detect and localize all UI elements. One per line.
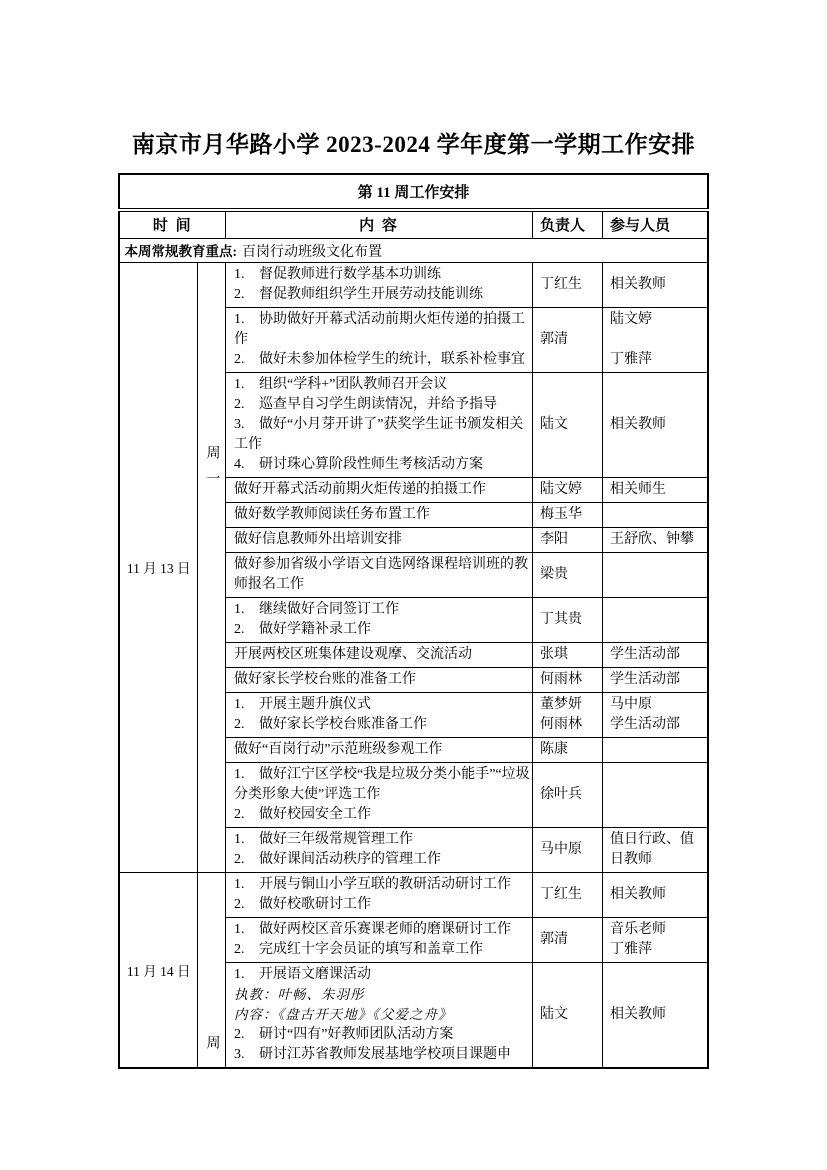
weekly-focus-row: 本周常规教育重点:百岗行动班级文化布置 bbox=[119, 238, 707, 262]
task-paragraph: 1.开展与铜山小学互联的教研活动研讨工作 bbox=[234, 875, 530, 895]
task-text: 开展与铜山小学互联的教研活动研讨工作 bbox=[259, 877, 511, 892]
lead-person-cell: 郭清 bbox=[532, 917, 602, 962]
lead-person-cell: 梁贵 bbox=[532, 552, 602, 597]
participants-cell: 相关教师 bbox=[602, 262, 707, 307]
table-caption: 第 11 周工作安排 bbox=[119, 174, 707, 210]
col-header-time: 时 间 bbox=[119, 210, 225, 238]
task-number: 2. bbox=[234, 1025, 259, 1045]
task-text: 做好课间活动秩序的管理工作 bbox=[259, 852, 441, 867]
lead-person-cell: 张琪 bbox=[532, 642, 602, 667]
participants-cell bbox=[602, 597, 707, 642]
task-content-cell: 1.开展主题升旗仪式2.做好家长学校台账准备工作 bbox=[225, 692, 532, 737]
task-paragraph: 1.做好两校区音乐赛课老师的磨课研讨工作 bbox=[234, 920, 530, 940]
task-content-cell: 做好参加省级小学语文自选网络课程培训班的教师报名工作 bbox=[225, 552, 532, 597]
task-number: 4. bbox=[234, 455, 259, 475]
task-text: 研讨江苏省教师发展基地学校项目课题申 bbox=[259, 1047, 511, 1062]
task-paragraph: 3.做好“小月芽开讲了”获奖学生证书颁发相关工作 bbox=[234, 415, 530, 455]
task-number: 2. bbox=[234, 895, 259, 915]
task-paragraph: 3.研讨江苏省教师发展基地学校项目课题申 bbox=[234, 1045, 530, 1065]
task-number: 2. bbox=[234, 850, 259, 870]
task-paragraph: 做好家长学校台账的准备工作 bbox=[234, 670, 530, 690]
schedule-row: 11 月 13 日周一1.督促教师进行数学基本功训练2.督促教师组织学生开展劳动… bbox=[119, 262, 707, 307]
lead-person-cell: 陆文 bbox=[532, 372, 602, 477]
task-content-cell: 做好家长学校台账的准备工作 bbox=[225, 667, 532, 692]
lead-person-cell: 李阳 bbox=[532, 527, 602, 552]
task-text: 做好“百岗行动”示范班级参观工作 bbox=[234, 742, 442, 757]
task-text: 督促教师组织学生开展劳动技能训练 bbox=[259, 287, 483, 302]
col-header-lead: 负责人 bbox=[532, 210, 602, 238]
task-text: 做好家长学校台账的准备工作 bbox=[234, 672, 416, 687]
task-paragraph: 2.完成红十字会员证的填写和盖章工作 bbox=[234, 940, 530, 960]
task-paragraph: 1.开展主题升旗仪式 bbox=[234, 695, 530, 715]
task-paragraph: 1.协助做好开幕式活动前期火炬传递的拍摄工作 bbox=[234, 310, 530, 350]
task-text: 开展主题升旗仪式 bbox=[259, 697, 371, 712]
task-paragraph: 2.督促教师组织学生开展劳动技能训练 bbox=[234, 285, 530, 305]
lead-person-cell: 丁红生 bbox=[532, 262, 602, 307]
task-paragraph: 4.研讨珠心算阶段性师生考核活动方案 bbox=[234, 455, 530, 475]
participants-cell: 相关师生 bbox=[602, 477, 707, 502]
task-number: 3. bbox=[234, 415, 259, 435]
participants-cell: 马中原 学生活动部 bbox=[602, 692, 707, 737]
caption-row: 第 11 周工作安排 bbox=[119, 174, 707, 210]
lead-person-cell: 何雨林 bbox=[532, 667, 602, 692]
document-page: 南京市月华路小学 2023-2024 学年度第一学期工作安排 第 11 周工作安… bbox=[0, 0, 827, 1170]
task-text: 研讨珠心算阶段性师生考核活动方案 bbox=[259, 457, 483, 472]
task-content-cell: 做好信息教师外出培训安排 bbox=[225, 527, 532, 552]
task-text: 执教：叶畅、朱羽彤 bbox=[234, 987, 365, 1002]
participants-cell: 值日行政、值日教师 bbox=[602, 827, 707, 872]
lead-person-cell: 马中原 bbox=[532, 827, 602, 872]
task-text: 做好参加省级小学语文自选网络课程培训班的教师报名工作 bbox=[234, 557, 528, 592]
participants-cell: 王舒欣、钟攀 bbox=[602, 527, 707, 552]
task-text: 做好江宁区学校“我是垃圾分类小能手”“垃圾分类形象大使”评选工作 bbox=[234, 767, 530, 802]
task-paragraph: 做好“百岗行动”示范班级参观工作 bbox=[234, 740, 530, 760]
task-content-cell: 1.协助做好开幕式活动前期火炬传递的拍摄工作2.做好未参加体检学生的统计，联系补… bbox=[225, 307, 532, 372]
task-paragraph: 内容：《盘古开天地》《父爱之舟》 bbox=[234, 1005, 530, 1025]
task-text: 完成红十字会员证的填写和盖章工作 bbox=[259, 942, 483, 957]
task-text: 做好三年级常规管理工作 bbox=[259, 832, 413, 847]
task-text: 做好开幕式活动前期火炬传递的拍摄工作 bbox=[234, 482, 486, 497]
weekday-cell: 周一 bbox=[197, 262, 225, 872]
task-paragraph: 2.做好学籍补录工作 bbox=[234, 620, 530, 640]
task-content-cell: 1.继续做好合同签订工作2.做好学籍补录工作 bbox=[225, 597, 532, 642]
task-paragraph: 1.开展语文磨课活动 bbox=[234, 965, 530, 985]
task-text: 做好学籍补录工作 bbox=[259, 622, 371, 637]
task-paragraph: 执教：叶畅、朱羽彤 bbox=[234, 985, 530, 1005]
task-number: 1. bbox=[234, 265, 259, 285]
task-number: 2. bbox=[234, 620, 259, 640]
task-content-cell: 做好数学教师阅读任务布置工作 bbox=[225, 502, 532, 527]
weekly-focus-label: 本周常规教育重点: bbox=[124, 244, 237, 259]
task-number: 2. bbox=[234, 350, 259, 370]
task-number: 2. bbox=[234, 805, 259, 825]
task-number: 1. bbox=[234, 965, 259, 985]
task-number: 1. bbox=[234, 875, 259, 895]
lead-person-cell: 梅玉华 bbox=[532, 502, 602, 527]
schedule-row: 11 月 14 日周1.开展与铜山小学互联的教研活动研讨工作2.做好校歌研讨工作… bbox=[119, 872, 707, 917]
task-paragraph: 做好参加省级小学语文自选网络课程培训班的教师报名工作 bbox=[234, 555, 530, 595]
task-content-cell: 1.组织“学科+”团队教师召开会议2.巡查早自习学生朗读情况，并给予指导3.做好… bbox=[225, 372, 532, 477]
task-text: 做好“小月芽开讲了”获奖学生证书颁发相关工作 bbox=[234, 417, 523, 452]
participants-cell: 相关教师 bbox=[602, 962, 707, 1068]
task-text: 做好两校区音乐赛课老师的磨课研讨工作 bbox=[259, 922, 511, 937]
task-text: 开展语文磨课活动 bbox=[259, 967, 371, 982]
task-content-cell: 1.做好两校区音乐赛课老师的磨课研讨工作2.完成红十字会员证的填写和盖章工作 bbox=[225, 917, 532, 962]
task-number: 2. bbox=[234, 395, 259, 415]
weekday-label: 周 bbox=[204, 1035, 218, 1061]
task-content-cell: 1.开展语文磨课活动执教：叶畅、朱羽彤内容：《盘古开天地》《父爱之舟》2.研讨“… bbox=[225, 962, 532, 1068]
task-content-cell: 做好开幕式活动前期火炬传递的拍摄工作 bbox=[225, 477, 532, 502]
col-header-content: 内 容 bbox=[225, 210, 532, 238]
task-paragraph: 1.督促教师进行数学基本功训练 bbox=[234, 265, 530, 285]
task-paragraph: 做好开幕式活动前期火炬传递的拍摄工作 bbox=[234, 480, 530, 500]
lead-person-cell: 徐叶兵 bbox=[532, 762, 602, 827]
participants-cell bbox=[602, 737, 707, 762]
task-number: 2. bbox=[234, 715, 259, 735]
task-number: 2. bbox=[234, 940, 259, 960]
task-text: 协助做好开幕式活动前期火炬传递的拍摄工作 bbox=[234, 312, 525, 347]
document-title: 南京市月华路小学 2023-2024 学年度第一学期工作安排 bbox=[0, 0, 827, 160]
task-number: 1. bbox=[234, 310, 259, 330]
lead-person-cell: 董梦妍 何雨林 bbox=[532, 692, 602, 737]
task-text: 做好校歌研讨工作 bbox=[259, 897, 371, 912]
task-number: 1. bbox=[234, 830, 259, 850]
date-cell: 11 月 14 日 bbox=[119, 872, 197, 1068]
task-text: 做好未参加体检学生的统计，联系补检事宜 bbox=[259, 352, 525, 367]
date-cell: 11 月 13 日 bbox=[119, 262, 197, 872]
task-number: 2. bbox=[234, 285, 259, 305]
task-text: 做好信息教师外出培训安排 bbox=[234, 532, 402, 547]
lead-person-cell: 丁红生 bbox=[532, 872, 602, 917]
task-text: 研讨“四有”好教师团队活动方案 bbox=[259, 1027, 453, 1042]
task-paragraph: 2.做好课间活动秩序的管理工作 bbox=[234, 850, 530, 870]
lead-person-cell: 丁其贵 bbox=[532, 597, 602, 642]
weekday-cell: 周 bbox=[197, 872, 225, 1068]
lead-person-cell: 陈康 bbox=[532, 737, 602, 762]
participants-cell: 学生活动部 bbox=[602, 642, 707, 667]
task-text: 督促教师进行数学基本功训练 bbox=[259, 267, 441, 282]
task-paragraph: 做好信息教师外出培训安排 bbox=[234, 530, 530, 550]
task-paragraph: 1.做好江宁区学校“我是垃圾分类小能手”“垃圾分类形象大使”评选工作 bbox=[234, 765, 530, 805]
task-text: 做好数学教师阅读任务布置工作 bbox=[234, 507, 430, 522]
task-paragraph: 2.做好未参加体检学生的统计，联系补检事宜 bbox=[234, 350, 530, 370]
task-number: 1. bbox=[234, 920, 259, 940]
task-content-cell: 1.做好三年级常规管理工作2.做好课间活动秩序的管理工作 bbox=[225, 827, 532, 872]
task-text: 继续做好合同签订工作 bbox=[259, 602, 399, 617]
col-header-participants: 参与人员 bbox=[602, 210, 707, 238]
participants-cell bbox=[602, 762, 707, 827]
task-number: 1. bbox=[234, 765, 259, 785]
task-paragraph: 1.继续做好合同签订工作 bbox=[234, 600, 530, 620]
participants-cell bbox=[602, 502, 707, 527]
task-paragraph: 2.做好校歌研讨工作 bbox=[234, 895, 530, 915]
task-paragraph: 1.做好三年级常规管理工作 bbox=[234, 830, 530, 850]
task-number: 3. bbox=[234, 1045, 259, 1065]
task-text: 内容：《盘古开天地》《父爱之舟》 bbox=[234, 1007, 453, 1022]
lead-person-cell: 陆文 bbox=[532, 962, 602, 1068]
task-text: 组织“学科+”团队教师召开会议 bbox=[259, 377, 447, 392]
task-text: 巡查早自习学生朗读情况，并给予指导 bbox=[259, 397, 497, 412]
participants-cell: 学生活动部 bbox=[602, 667, 707, 692]
task-paragraph: 2.做好家长学校台账准备工作 bbox=[234, 715, 530, 735]
weekly-focus-cell: 本周常规教育重点:百岗行动班级文化布置 bbox=[119, 238, 707, 262]
participants-cell bbox=[602, 552, 707, 597]
task-paragraph: 开展两校区班集体建设观摩、交流活动 bbox=[234, 645, 530, 665]
weekday-label: 周一 bbox=[204, 445, 218, 497]
schedule-table: 第 11 周工作安排 时 间 内 容 负责人 参与人员 本周常规教育重点:百岗行… bbox=[118, 173, 708, 1069]
task-number: 1. bbox=[234, 600, 259, 620]
lead-person-cell: 郭清 bbox=[532, 307, 602, 372]
participants-cell: 音乐老师 丁雅萍 bbox=[602, 917, 707, 962]
task-content-cell: 做好“百岗行动”示范班级参观工作 bbox=[225, 737, 532, 762]
task-content-cell: 1.督促教师进行数学基本功训练2.督促教师组织学生开展劳动技能训练 bbox=[225, 262, 532, 307]
task-text: 开展两校区班集体建设观摩、交流活动 bbox=[234, 647, 472, 662]
task-text: 做好校园安全工作 bbox=[259, 807, 371, 822]
task-paragraph: 2.研讨“四有”好教师团队活动方案 bbox=[234, 1025, 530, 1045]
column-header-row: 时 间 内 容 负责人 参与人员 bbox=[119, 210, 707, 238]
task-paragraph: 2.做好校园安全工作 bbox=[234, 805, 530, 825]
task-content-cell: 开展两校区班集体建设观摩、交流活动 bbox=[225, 642, 532, 667]
task-number: 1. bbox=[234, 375, 259, 395]
task-paragraph: 做好数学教师阅读任务布置工作 bbox=[234, 505, 530, 525]
participants-cell: 陆文婷 丁雅萍 bbox=[602, 307, 707, 372]
participants-cell: 相关教师 bbox=[602, 872, 707, 917]
weekly-focus-value: 百岗行动班级文化布置 bbox=[242, 245, 382, 260]
task-number: 1. bbox=[234, 695, 259, 715]
task-paragraph: 2.巡查早自习学生朗读情况，并给予指导 bbox=[234, 395, 530, 415]
lead-person-cell: 陆文婷 bbox=[532, 477, 602, 502]
task-text: 做好家长学校台账准备工作 bbox=[259, 717, 427, 732]
participants-cell: 相关教师 bbox=[602, 372, 707, 477]
task-content-cell: 1.做好江宁区学校“我是垃圾分类小能手”“垃圾分类形象大使”评选工作2.做好校园… bbox=[225, 762, 532, 827]
task-paragraph: 1.组织“学科+”团队教师召开会议 bbox=[234, 375, 530, 395]
task-content-cell: 1.开展与铜山小学互联的教研活动研讨工作2.做好校歌研讨工作 bbox=[225, 872, 532, 917]
